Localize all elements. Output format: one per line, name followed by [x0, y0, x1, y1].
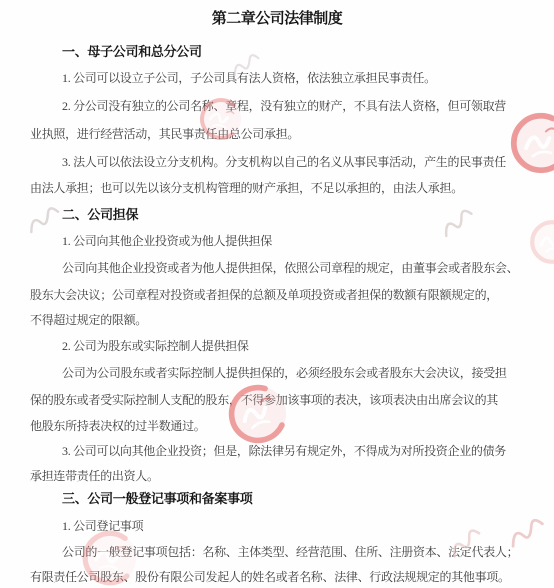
- body-line: 业执照，进行经营活动，其民事责任由总公司承担。: [30, 127, 299, 142]
- faint-scribble-watermark-icon: [20, 199, 68, 241]
- body-line: 2. 分公司没有独立的公司名称、章程，没有独立的财产，不具有法人资格，但可领取营: [62, 99, 506, 114]
- red-seal-watermark-icon: [221, 377, 295, 451]
- body-line: 1. 公司登记事项: [62, 519, 143, 534]
- body-line: 1. 公司可以设立子公司，子公司具有法人资格，依法独立承担民事责任。: [62, 71, 436, 86]
- section-heading-3: 三、公司一般登记事项和备案事项: [62, 491, 253, 506]
- section-heading-1: 一、母子公司和总分公司: [62, 44, 202, 59]
- body-line: 3. 公司可以向其他企业投资；但是，除法律另有规定外，不得成为对所投资企业的债务: [62, 444, 506, 459]
- body-line: 有限责任公司股东、股份有限公司发起人的姓名或者名称、法律、行政法规规定的其他事项…: [30, 570, 510, 585]
- page-title: 第二章公司法律制度: [0, 12, 554, 27]
- body-line: 公司为公司股东或者实际控制人提供担保的，必须经股东会或者股东大会决议，接受担: [62, 366, 507, 381]
- section-heading-2: 二、公司担保: [62, 207, 138, 222]
- faint-scribble-watermark-icon: [434, 201, 483, 245]
- body-line: 承担连带责任的出资人。: [30, 469, 159, 484]
- body-line: 股东大会决议；公司章程对投资或者担保的总额及单项投资或者担保的数额有限额规定的，: [30, 288, 498, 303]
- body-line: 1. 公司向其他企业投资或为他人提供担保: [62, 234, 272, 249]
- red-seal-watermark-icon: [528, 218, 554, 266]
- body-line: 不得超过规定的限额。: [30, 313, 147, 328]
- document-page: 第二章公司法律制度 一、母子公司和总分公司 1. 公司可以设立子公司，子公司具有…: [0, 0, 554, 588]
- body-line: 保的股东或者受实际控制人支配的股东，不得参加该事项的表决，该项表决由出席会议的其: [30, 393, 498, 408]
- body-line: 公司的一般登记事项包括：名称、主体类型、经营范围、住所、注册资本、法定代表人；: [62, 545, 518, 560]
- red-seal-watermark-icon: [508, 110, 554, 176]
- body-line: 3. 法人可以依法设立分支机构。分支机构以自己的名义从事民事活动，产生的民事责任: [62, 155, 506, 170]
- body-line: 他股东所持表决权的过半数通过。: [30, 419, 206, 434]
- body-line: 2. 公司为股东或实际控制人提供担保: [62, 339, 249, 354]
- body-line: 由法人承担；也可以先以该分支机构管理的财产承担，不足以承担的，由法人承担。: [30, 181, 463, 196]
- body-line: 公司向其他企业投资或者为他人提供担保，依照公司章程的规定，由董事会或者股东会、: [62, 261, 518, 276]
